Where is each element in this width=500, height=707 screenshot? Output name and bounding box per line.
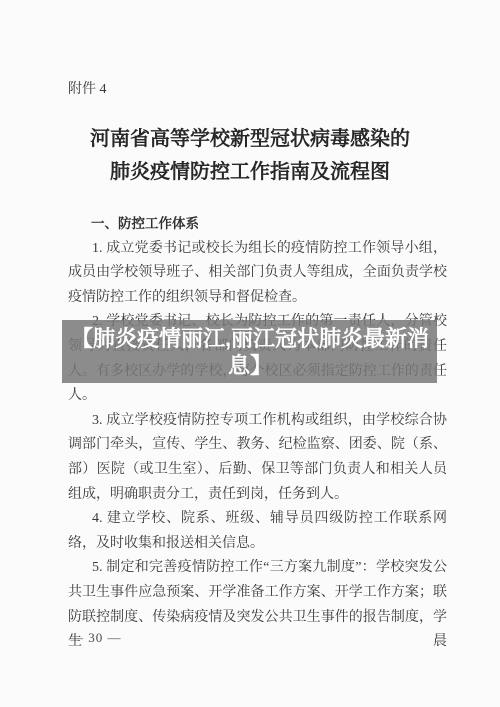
document-title: 河南省高等学校新型冠状病毒感染的肺炎疫情防控工作指南及流程图	[82, 123, 418, 189]
watermark-text: 【肺炎疫情丽江,丽江冠状肺炎最新消息】	[63, 325, 437, 379]
section-heading: 一、防控工作体系	[68, 212, 447, 237]
body-paragraph-5: 5. 制定和完善疫情防控工作“三方案九制度”：学校突发公共卫生事件应急预案、开学…	[68, 556, 447, 654]
body-paragraph-3: 3. 成立学校疫情防控专项工作机构或组织，由学校综合协调部门牵头，宣传、学生、教…	[68, 409, 447, 507]
body-paragraph-1: 1. 成立党委书记或校长为组长的疫情防控工作领导小组，成员由学校领导班子、相关部…	[68, 237, 447, 311]
attachment-label: 附件 4	[68, 82, 500, 98]
body-paragraph-4: 4. 建立学校、院系、班级、辅导员四级防控工作联系网络，及时收集和报送相关信息。	[68, 507, 447, 556]
document-page: 附件 4 河南省高等学校新型冠状病毒感染的肺炎疫情防控工作指南及流程图 一、防控…	[0, 0, 500, 707]
body-text-block: 1. 成立党委书记或校长为组长的疫情防控工作领导小组，成员由学校领导班子、相关部…	[0, 237, 500, 655]
page-number: — 30 —	[70, 631, 122, 645]
